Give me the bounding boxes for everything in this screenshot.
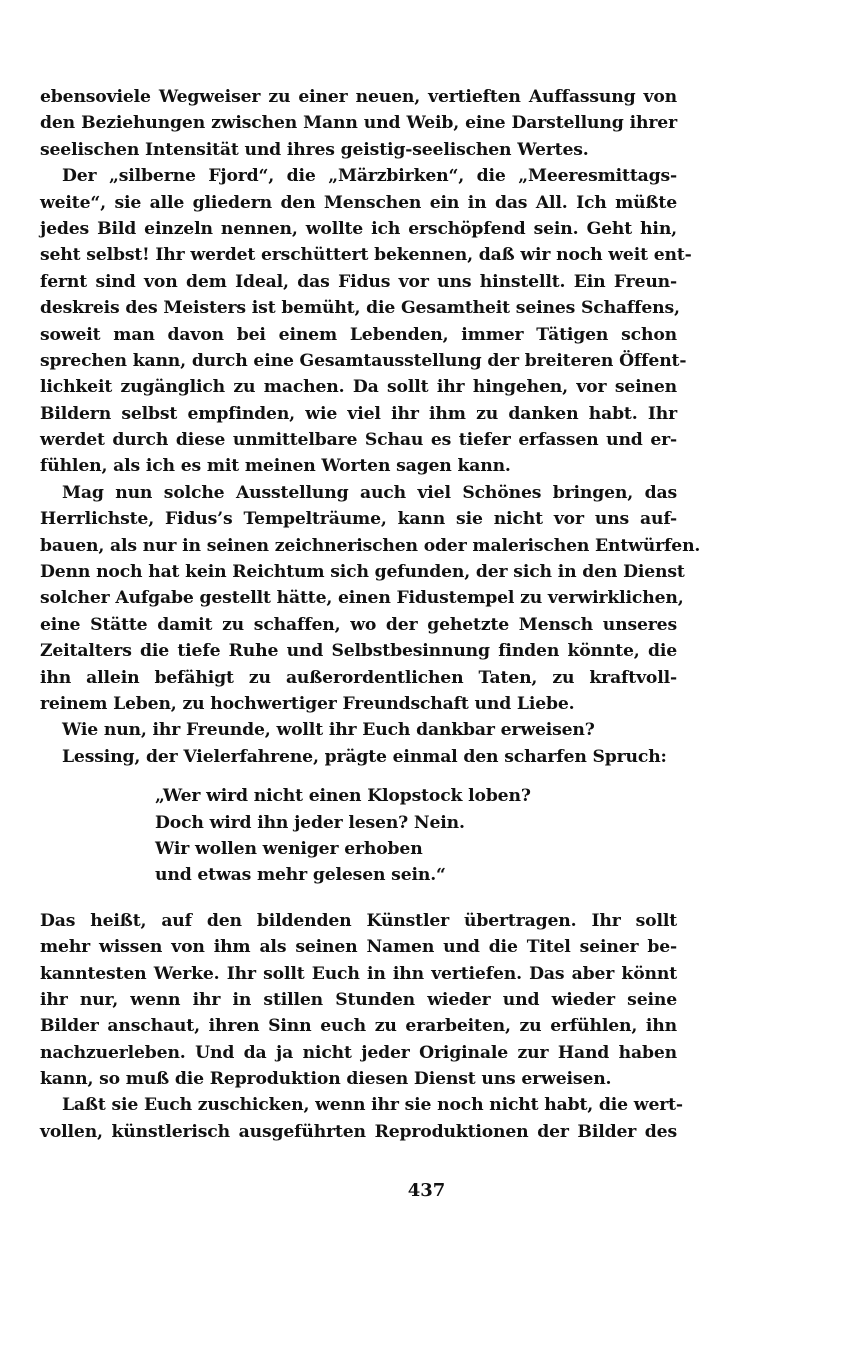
text-line: mehr wissen von ihm als seinen Namen und… [40, 934, 677, 960]
text-line: Bildern selbst empfinden, wie viel ihr i… [40, 401, 677, 427]
text-line: Wie nun, ihr Freunde, wollt ihr Euch dan… [40, 717, 677, 743]
text-line: vollen, künstlerisch ausgeführten Reprod… [40, 1119, 677, 1145]
text-line: Mag nun solche Ausstellung auch viel Sch… [40, 480, 677, 506]
text-line: Denn noch hat kein Reichtum sich gefunde… [40, 559, 677, 585]
text-line: Der „silberne Fjord“, die „Märzbirken“, … [40, 163, 677, 189]
text-line: Bilder anschaut, ihren Sinn euch zu erar… [40, 1013, 677, 1039]
text-line: ihn allein befähigt zu außerordentlichen… [40, 665, 677, 691]
text-line: reinem Leben, zu hochwertiger Freundscha… [40, 691, 677, 717]
paragraph: Mag nun solche Ausstellung auch viel Sch… [40, 480, 677, 718]
paragraph: Wie nun, ihr Freunde, wollt ihr Euch dan… [40, 717, 677, 743]
text-line: fernt sind von dem Ideal, das Fidus vor … [40, 269, 677, 295]
text-line: kann, so muß die Reproduktion diesen Die… [40, 1066, 677, 1092]
text-line: sprechen kann, durch eine Gesamtausstell… [40, 348, 677, 374]
text-line: ihr nur, wenn ihr in stillen Stunden wie… [40, 987, 677, 1013]
block-quote: „Wer wird nicht einen Klopstock loben? D… [40, 783, 677, 889]
quote-line: „Wer wird nicht einen Klopstock loben? [155, 783, 677, 809]
text-line: jedes Bild einzeln nennen, wollte ich er… [40, 216, 677, 242]
text-line: Zeitalters die tiefe Ruhe und Selbstbesi… [40, 638, 677, 664]
text-line: seht selbst! Ihr werdet erschüttert beke… [40, 242, 677, 268]
quote-line: Wir wollen weniger erhoben [155, 836, 677, 862]
text-line: den Beziehungen zwischen Mann und Weib, … [40, 110, 677, 136]
text-line: lichkeit zugänglich zu machen. Da sollt … [40, 374, 677, 400]
page-number: 437 [0, 1180, 841, 1201]
text-line: seelischen Intensität und ihres geistig-… [40, 137, 677, 163]
paragraph: Das heißt, auf den bildenden Künstler üb… [40, 908, 677, 1093]
paragraph: Laßt sie Euch zuschicken, wenn ihr sie n… [40, 1092, 677, 1145]
paragraph: ebensoviele Wegweiser zu einer neuen, ve… [40, 84, 677, 163]
text-line: kanntesten Werke. Ihr sollt Euch in ihn … [40, 961, 677, 987]
text-line: ebensoviele Wegweiser zu einer neuen, ve… [40, 84, 677, 110]
paragraph: Der „silberne Fjord“, die „Märzbirken“, … [40, 163, 677, 480]
text-line: nachzuerleben. Und da ja nicht jeder Ori… [40, 1040, 677, 1066]
text-line: deskreis des Meisters ist bemüht, die Ge… [40, 295, 677, 321]
text-line: Herrlichste, Fidus’s Tempelträume, kann … [40, 506, 677, 532]
text-line: Lessing, der Vielerfahrene, prägte einma… [40, 744, 677, 770]
text-line: werdet durch diese unmittelbare Schau es… [40, 427, 677, 453]
text-line: fühlen, als ich es mit meinen Worten sag… [40, 453, 677, 479]
text-line: solcher Aufgabe gestellt hätte, einen Fi… [40, 585, 677, 611]
text-line: Das heißt, auf den bildenden Künstler üb… [40, 908, 677, 934]
text-line: Laßt sie Euch zuschicken, wenn ihr sie n… [40, 1092, 677, 1118]
paragraph: Lessing, der Vielerfahrene, prägte einma… [40, 744, 677, 770]
text-line: weite“, sie alle gliedern den Menschen e… [40, 190, 677, 216]
text-line: eine Stätte damit zu schaffen, wo der ge… [40, 612, 677, 638]
quote-line: und etwas mehr gelesen sein.“ [155, 862, 677, 888]
text-line: soweit man davon bei einem Lebenden, imm… [40, 322, 677, 348]
book-page-body: ebensoviele Wegweiser zu einer neuen, ve… [40, 84, 677, 1145]
quote-line: Doch wird ihn jeder lesen? Nein. [155, 810, 677, 836]
text-line: bauen, als nur in seinen zeichnerischen … [40, 533, 677, 559]
